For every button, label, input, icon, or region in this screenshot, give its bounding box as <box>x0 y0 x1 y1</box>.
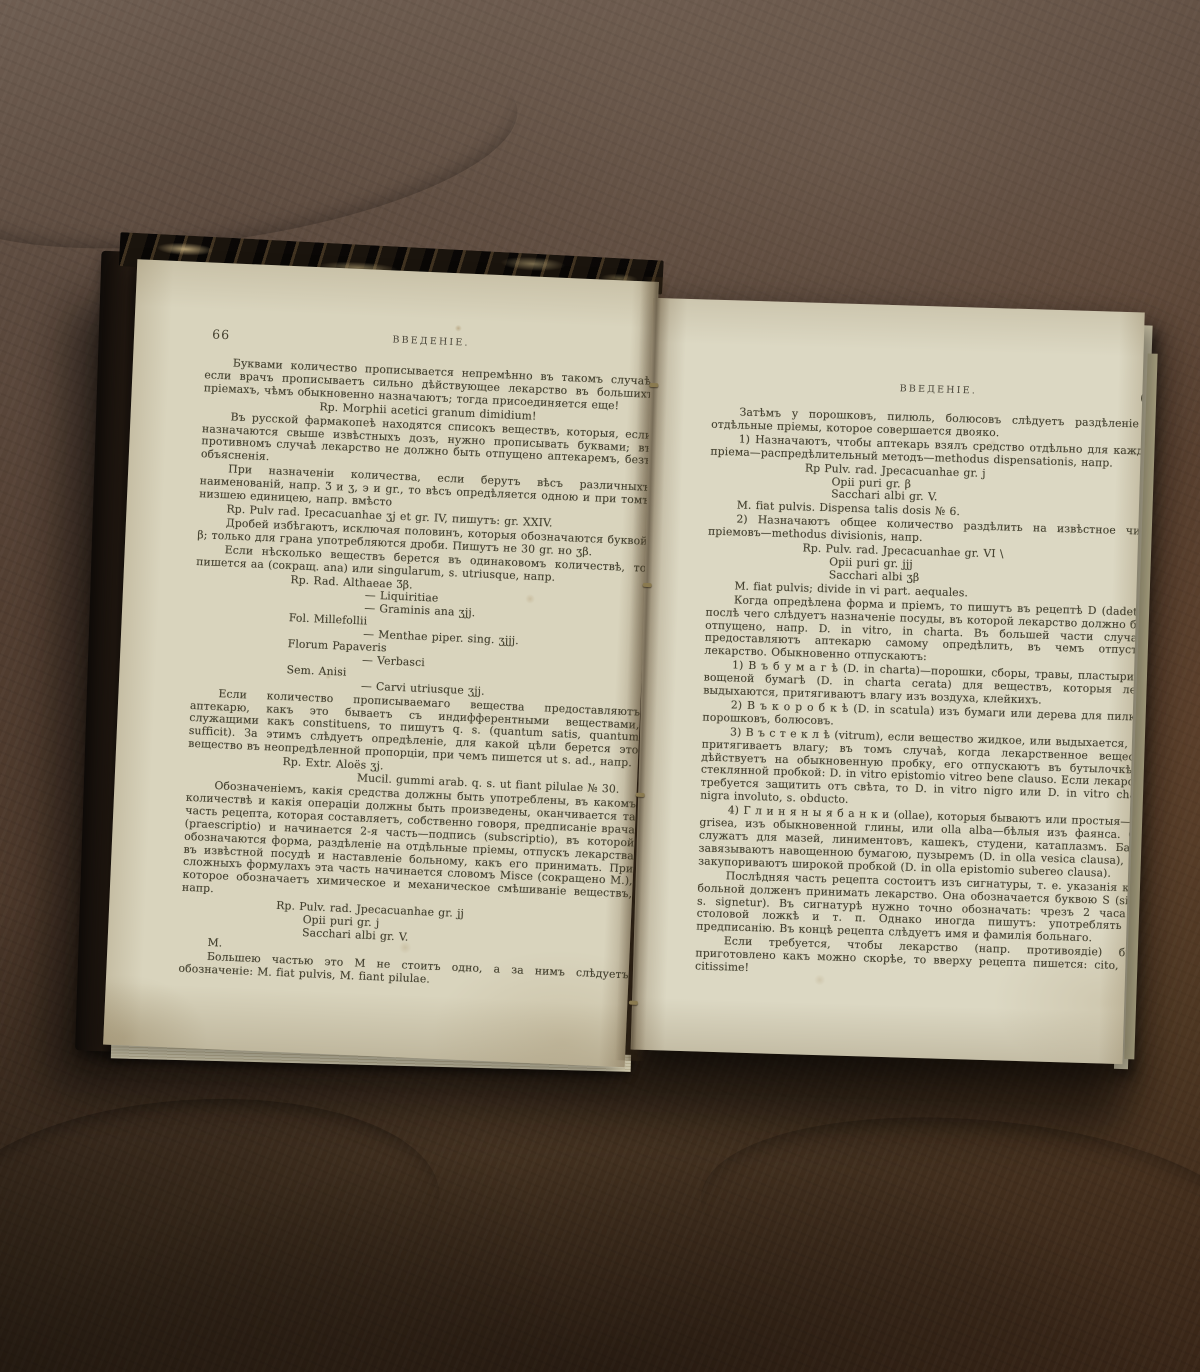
left-page: 66 ВВЕДЕНІЕ. Буквами количество прописыв… <box>103 259 659 1067</box>
running-head: ВВЕДЕНІЕ. <box>712 378 1144 402</box>
paragraph: Обозначеніемъ, какія средства должны быт… <box>182 779 637 915</box>
binding-stitch <box>629 1001 638 1005</box>
open-book: 66 ВВЕДЕНІЕ. Буквами количество прописыв… <box>67 234 1166 1099</box>
binding-stitch <box>643 583 652 587</box>
left-page-header: 66 ВВЕДЕНІЕ. <box>206 326 656 360</box>
recipe-block: Rp. Rad. Althaeae Ʒβ.— Liquiritiae— Gram… <box>191 570 646 706</box>
binding-stitch <box>649 383 658 387</box>
book-photo: 66 ВВЕДЕНІЕ. Буквами количество прописыв… <box>0 0 1200 1372</box>
running-head: ВВЕДЕНІЕ. <box>206 326 656 357</box>
right-page: ВВЕДЕНІЕ. 67 Затѣмъ у порошковъ, пилюль,… <box>631 298 1145 1064</box>
leather-wrinkle <box>692 1096 1200 1344</box>
right-page-text: Затѣмъ у порошковъ, пилюль, болюсовъ слѣ… <box>695 406 1145 988</box>
left-page-text: Буквами количество прописывается непремѣ… <box>178 356 655 996</box>
paragraph: 3) В ъ с т е к л ѣ (vitrum), если вещест… <box>700 725 1145 816</box>
right-page-header: ВВЕДЕНІЕ. 67 <box>712 378 1145 405</box>
leather-wrinkle <box>0 1083 447 1337</box>
binding-stitch <box>636 793 645 797</box>
